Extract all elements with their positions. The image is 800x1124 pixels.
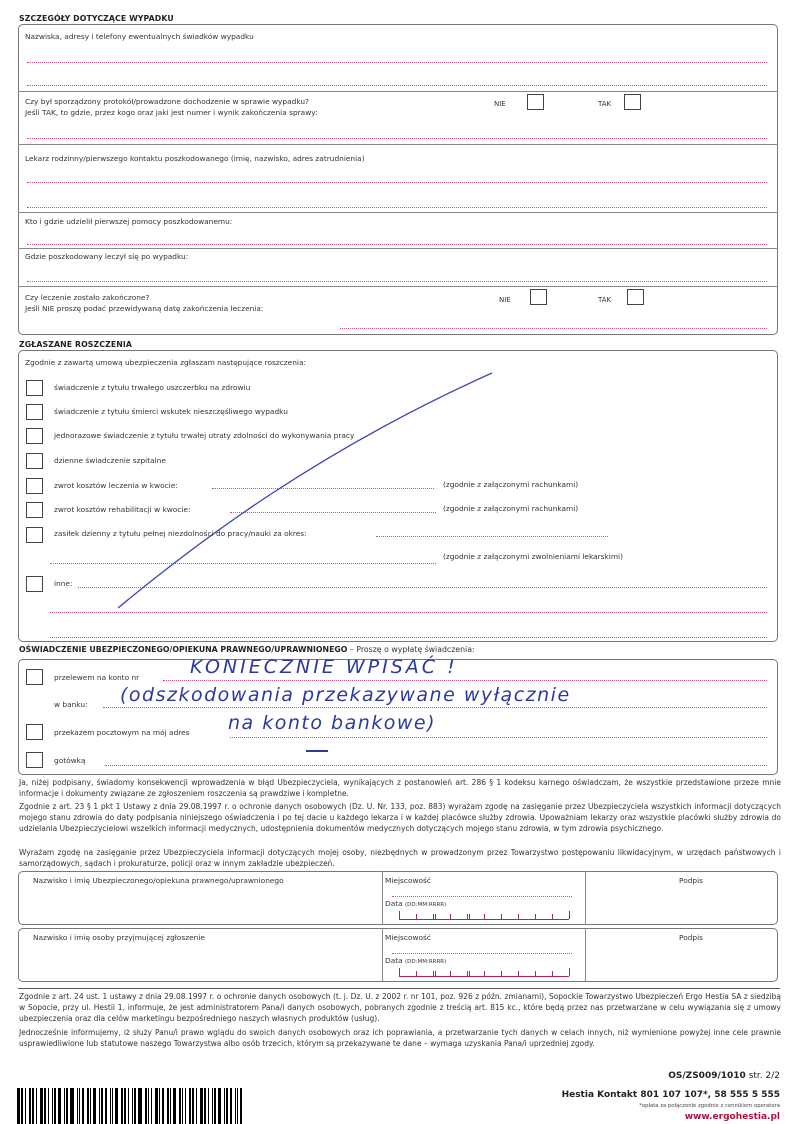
handwritten-dash xyxy=(306,750,328,752)
date-label: Data (DD:MM:RRRR) xyxy=(385,956,446,965)
signature-label: Podpis xyxy=(679,876,703,885)
payment-postal-checkbox[interactable] xyxy=(26,724,43,740)
bank-name-field[interactable] xyxy=(103,707,767,708)
place-field[interactable] xyxy=(392,896,572,897)
place-field[interactable] xyxy=(392,953,572,954)
postal-label: przekazem pocztowym na mój adres xyxy=(54,728,190,737)
barcode xyxy=(17,1088,245,1124)
receiver-name-label: Nazwisko i imię osoby przyjmującej zgłos… xyxy=(33,933,205,942)
handwritten-note-line-3: na konto bankowe) xyxy=(228,712,436,734)
account-number-field[interactable] xyxy=(163,680,767,681)
insured-name-label: Nazwisko i imię Ubezpieczonego/opiekuna … xyxy=(33,876,284,885)
payment-transfer-checkbox[interactable] xyxy=(26,669,43,685)
contact-phone: Hestia Kontakt 801 107 107*, 58 555 5 55… xyxy=(562,1090,780,1100)
bank-label: w banku: xyxy=(54,700,88,709)
signature-field[interactable] xyxy=(586,885,776,923)
handwritten-note-line-2: (odszkodowania przekazywane wyłącznie xyxy=(120,684,571,706)
transfer-label: przelewem na konto nr xyxy=(54,673,139,682)
legal-declaration: Ja, niżej podpisany, świadomy konsekwenc… xyxy=(19,778,781,800)
section-title-statement: OŚWIADCZENIE UBEZPIECZONEGO/OPIEKUNA PRA… xyxy=(19,645,475,654)
cash-line[interactable] xyxy=(105,765,767,766)
divider xyxy=(382,928,383,982)
place-label: Miejscowość xyxy=(385,933,431,942)
postal-address-field[interactable] xyxy=(230,737,767,738)
legal-information-consent: Wyrażam zgodę na zasięganie przez Ubezpi… xyxy=(19,848,781,870)
signature-field[interactable] xyxy=(586,942,776,980)
legal-medical-consent: Zgodnie z art. 23 § 1 pkt 1 Ustawy z dni… xyxy=(19,802,781,834)
cash-label: gotówką xyxy=(54,756,86,765)
contact-note: *opłata za połączenie zgodnie z cennikie… xyxy=(639,1103,780,1109)
website-link[interactable]: www.ergohestia.pl xyxy=(685,1112,780,1122)
signature-label: Podpis xyxy=(679,933,703,942)
divider xyxy=(18,988,780,989)
form-code: OS/ZS009/1010 str. 2/2 xyxy=(668,1071,780,1081)
statement-title: OŚWIADCZENIE UBEZPIECZONEGO/OPIEKUNA PRA… xyxy=(19,645,347,654)
payment-cash-checkbox[interactable] xyxy=(26,752,43,768)
privacy-notice: Zgodnie z art. 24 ust. 1 ustawy z dnia 2… xyxy=(19,992,781,1024)
date-field[interactable] xyxy=(399,969,569,977)
divider xyxy=(382,871,383,925)
statement-title-suffix: – Proszę o wypłatę świadczenia: xyxy=(347,645,474,654)
privacy-rights: Jednocześnie informujemy, iż służy Panu/… xyxy=(19,1028,781,1050)
handwritten-note-line-1: KONIECZNIE WPISAĆ ! xyxy=(190,656,458,678)
place-label: Miejscowość xyxy=(385,876,431,885)
date-field[interactable] xyxy=(399,912,569,920)
date-label: Data (DD:MM:RRRR) xyxy=(385,899,446,908)
